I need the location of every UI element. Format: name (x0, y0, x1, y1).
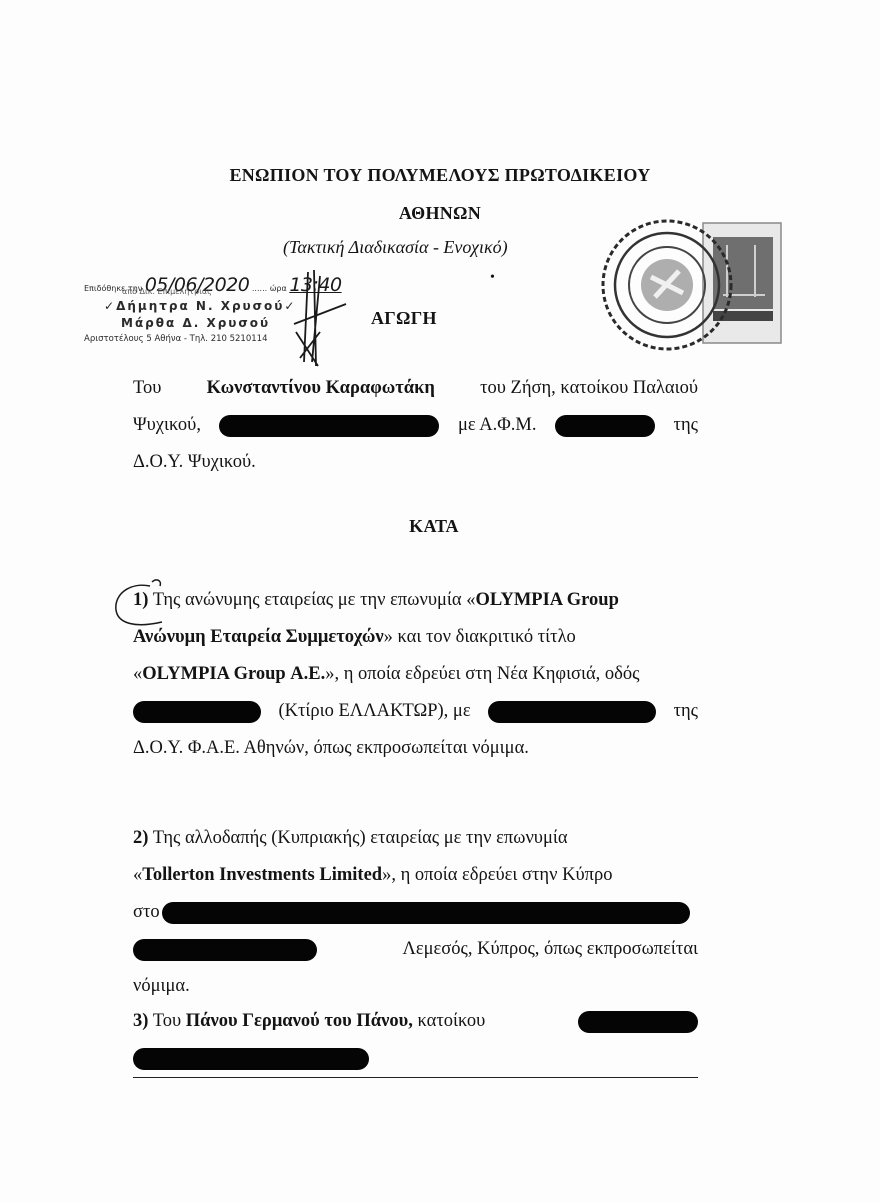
plaintiff-name: Κωνσταντίνου Καραφωτάκη (207, 370, 435, 407)
redaction-street (133, 701, 261, 723)
redaction-residence-2 (133, 1048, 369, 1070)
kata-heading: ΚΑΤΑ (0, 516, 880, 537)
court-heading: ΕΝΩΠΙΟΝ ΤΟΥ ΠΟΛΥΜΕΛΟΥΣ ΠΡΩΤΟΔΙΚΕΙΟΥ (0, 165, 880, 186)
redaction-address-2 (133, 939, 317, 961)
court-seal-icon (595, 205, 795, 365)
handwritten-circle-mark (106, 578, 166, 630)
bailiff-name-2: Μάρθα Δ. Χρυσού (121, 316, 270, 330)
dot-mark: • (490, 270, 495, 286)
horizontal-rule (133, 1077, 698, 1078)
bailiff-address: Αριστοτέλους 5 Αθήνα - Τηλ. 210 5210114 (84, 334, 267, 344)
redaction-tax-id (555, 415, 655, 437)
signature-icon (290, 262, 350, 372)
document-page: ΕΝΩΠΙΟΝ ΤΟΥ ΠΟΛΥΜΕΛΟΥΣ ΠΡΩΤΟΔΙΚΕΙΟΥ ΑΘΗΝ… (0, 0, 880, 1202)
redaction-tax-id (488, 701, 656, 723)
redaction-address (219, 415, 439, 437)
redaction-residence (578, 1011, 698, 1033)
document-title: ΑΓΩΓΗ (371, 308, 437, 329)
defendant-1-paragraph: 1) Της ανώνυμης εταιρείας με την επωνυμί… (133, 582, 698, 767)
bailiff-name-1: ✓Δήμητρα Ν. Χρυσού✓ (104, 299, 296, 313)
receipt-role: από Δικ. Επιμελήτριας (122, 287, 212, 296)
defendant-2-paragraph: 2) Της αλλοδαπής (Κυπριακής) εταιρείας μ… (133, 820, 698, 1005)
plaintiff-paragraph: Του Κωνσταντίνου Καραφωτάκη του Ζήση, κα… (133, 370, 698, 481)
redaction-address (162, 902, 690, 924)
procedure-subtitle: (Τακτική Διαδικασία - Ενοχικό) (283, 237, 508, 258)
defendant-3-paragraph: 3) Του Πάνου Γερμανού του Πάνου, κατοίκο… (133, 1003, 698, 1077)
